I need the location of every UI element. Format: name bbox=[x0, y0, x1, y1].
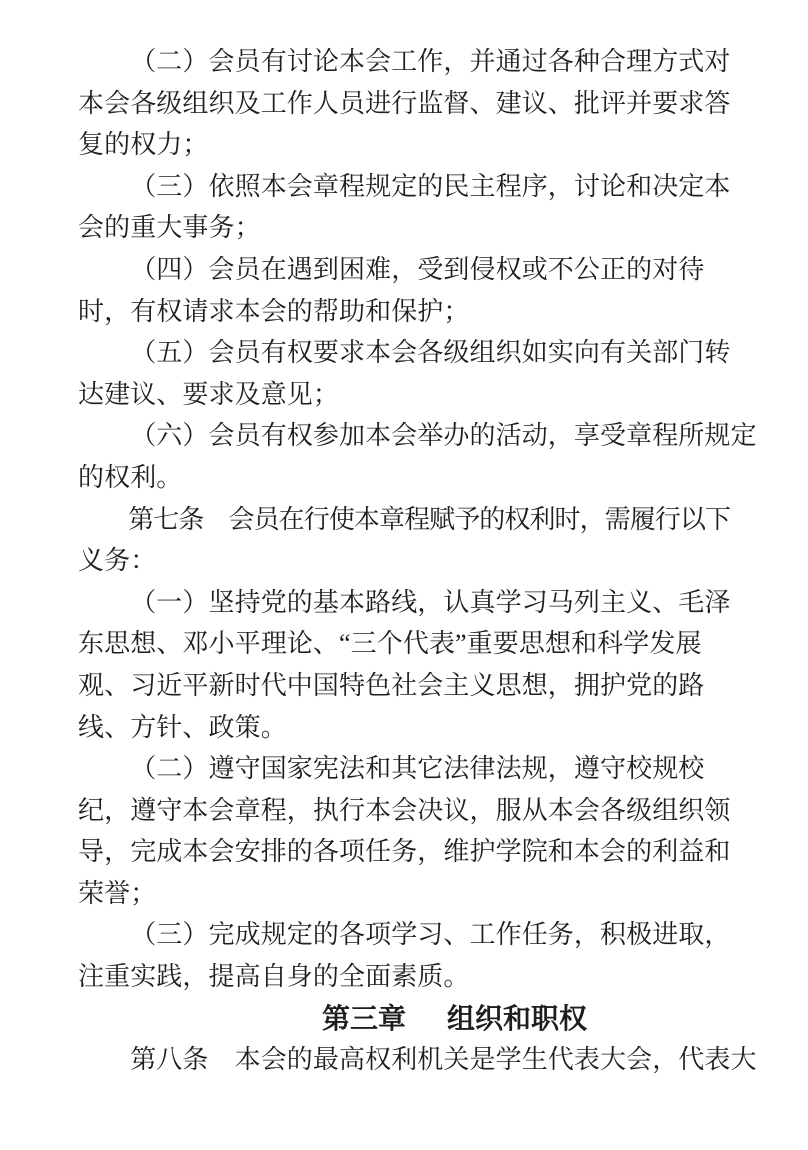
document-line: 达建议、要求及意见； bbox=[78, 374, 730, 416]
document-line: 时，有权请求本会的帮助和保护； bbox=[78, 291, 730, 333]
document-line: 会的重大事务； bbox=[78, 207, 730, 249]
document-line: （三）完成规定的各项学习、工作任务，积极进取， bbox=[78, 914, 730, 956]
document-line: 纪，遵守本会章程，执行本会决议，服从本会各级组织领 bbox=[78, 790, 730, 832]
document-line-article-8: 第八条 本会的最高权利机关是学生代表大会，代表大 bbox=[78, 1039, 730, 1081]
chapter-heading-gap bbox=[406, 1027, 447, 1028]
document-line: （二）会员有讨论本会工作，并通过各种合理方式对 bbox=[78, 41, 730, 83]
document-line: 荣誉； bbox=[78, 873, 730, 915]
document-line: 复的权力； bbox=[78, 124, 730, 166]
document-line: 东思想、邓小平理论、“三个代表”重要思想和科学发展 bbox=[78, 623, 730, 665]
document-line: （一）坚持党的基本路线，认真学习马列主义、毛泽 bbox=[78, 582, 730, 624]
document-line: （四）会员在遇到困难，受到侵权或不公正的对待 bbox=[78, 249, 730, 291]
chapter-title: 组织和职权 bbox=[447, 1003, 587, 1034]
document-page: （二）会员有讨论本会工作，并通过各种合理方式对 本会各级组织及工作人员进行监督、… bbox=[78, 0, 730, 1081]
document-line: 的权利。 bbox=[78, 457, 730, 499]
document-line-article-7: 第七条 会员在行使本章程赋予的权利时，需履行以下 bbox=[78, 499, 730, 541]
document-line: 注重实践，提高自身的全面素质。 bbox=[78, 956, 730, 998]
document-line: （二）遵守国家宪法和其它法律法规，遵守校规校 bbox=[78, 748, 730, 790]
document-line: 本会各级组织及工作人员进行监督、建议、批评并要求答 bbox=[78, 83, 730, 125]
chapter-heading: 第三章组织和职权 bbox=[78, 998, 730, 1040]
document-line: 线、方针、政策。 bbox=[78, 707, 730, 749]
document-line: （六）会员有权参加本会举办的活动，享受章程所规定 bbox=[78, 415, 730, 457]
document-line: 导，完成本会安排的各项任务，维护学院和本会的利益和 bbox=[78, 831, 730, 873]
document-line: （三）依照本会章程规定的民主程序，讨论和决定本 bbox=[78, 166, 730, 208]
chapter-number: 第三章 bbox=[322, 1003, 406, 1034]
document-line: （五）会员有权要求本会各级组织如实向有关部门转 bbox=[78, 332, 730, 374]
document-line: 义务： bbox=[78, 540, 730, 582]
document-line: 观、习近平新时代中国特色社会主义思想，拥护党的路 bbox=[78, 665, 730, 707]
